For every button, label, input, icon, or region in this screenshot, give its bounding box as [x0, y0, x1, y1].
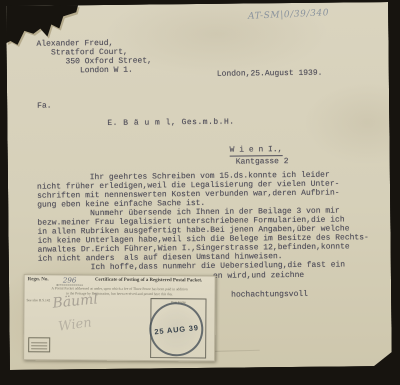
- certificate-side-note: See also B.S.142: [26, 298, 50, 302]
- handwritten-recipient-name: Bäuml: [52, 291, 99, 311]
- certificate-of-posting-slip: Regn. No. 296 Certificate of Posting of …: [23, 274, 216, 361]
- scan-background: Alexander Freud, Stratford Court, 350 Ox…: [0, 0, 400, 385]
- recipient-name: E. B ä u m l, Ges.m.b.H.: [107, 118, 234, 128]
- postmark-date: 25 AUG 39: [154, 323, 199, 336]
- dateline: London,25.August 1939.: [217, 69, 323, 79]
- sender-line: London W 1.: [37, 65, 152, 75]
- regn-no-label: Regn. No.: [28, 277, 49, 282]
- certificate-title: Certificate of Posting of a Registered P…: [85, 278, 213, 284]
- recipient-city: W i e n I.,: [230, 145, 283, 157]
- letter-body: Ihr geehrtes Schreiben vom 15.ds.konnte …: [37, 170, 369, 272]
- fine-print-box: [28, 337, 50, 352]
- sender-address: Alexander Freud, Stratford Court, 350 Ox…: [36, 38, 152, 75]
- handwritten-recipient-city: Wien: [57, 315, 92, 334]
- salutation: hochachtungsvoll: [231, 290, 308, 300]
- letter-paper: Alexander Freud, Stratford Court, 350 Ox…: [6, 2, 392, 370]
- recipient-street: Kantgasse 2: [236, 157, 289, 167]
- regn-no-value: 296: [57, 276, 83, 285]
- closing-fragment: en wird,und zeichne: [213, 271, 304, 281]
- recipient-fa-label: Fa.: [37, 102, 51, 111]
